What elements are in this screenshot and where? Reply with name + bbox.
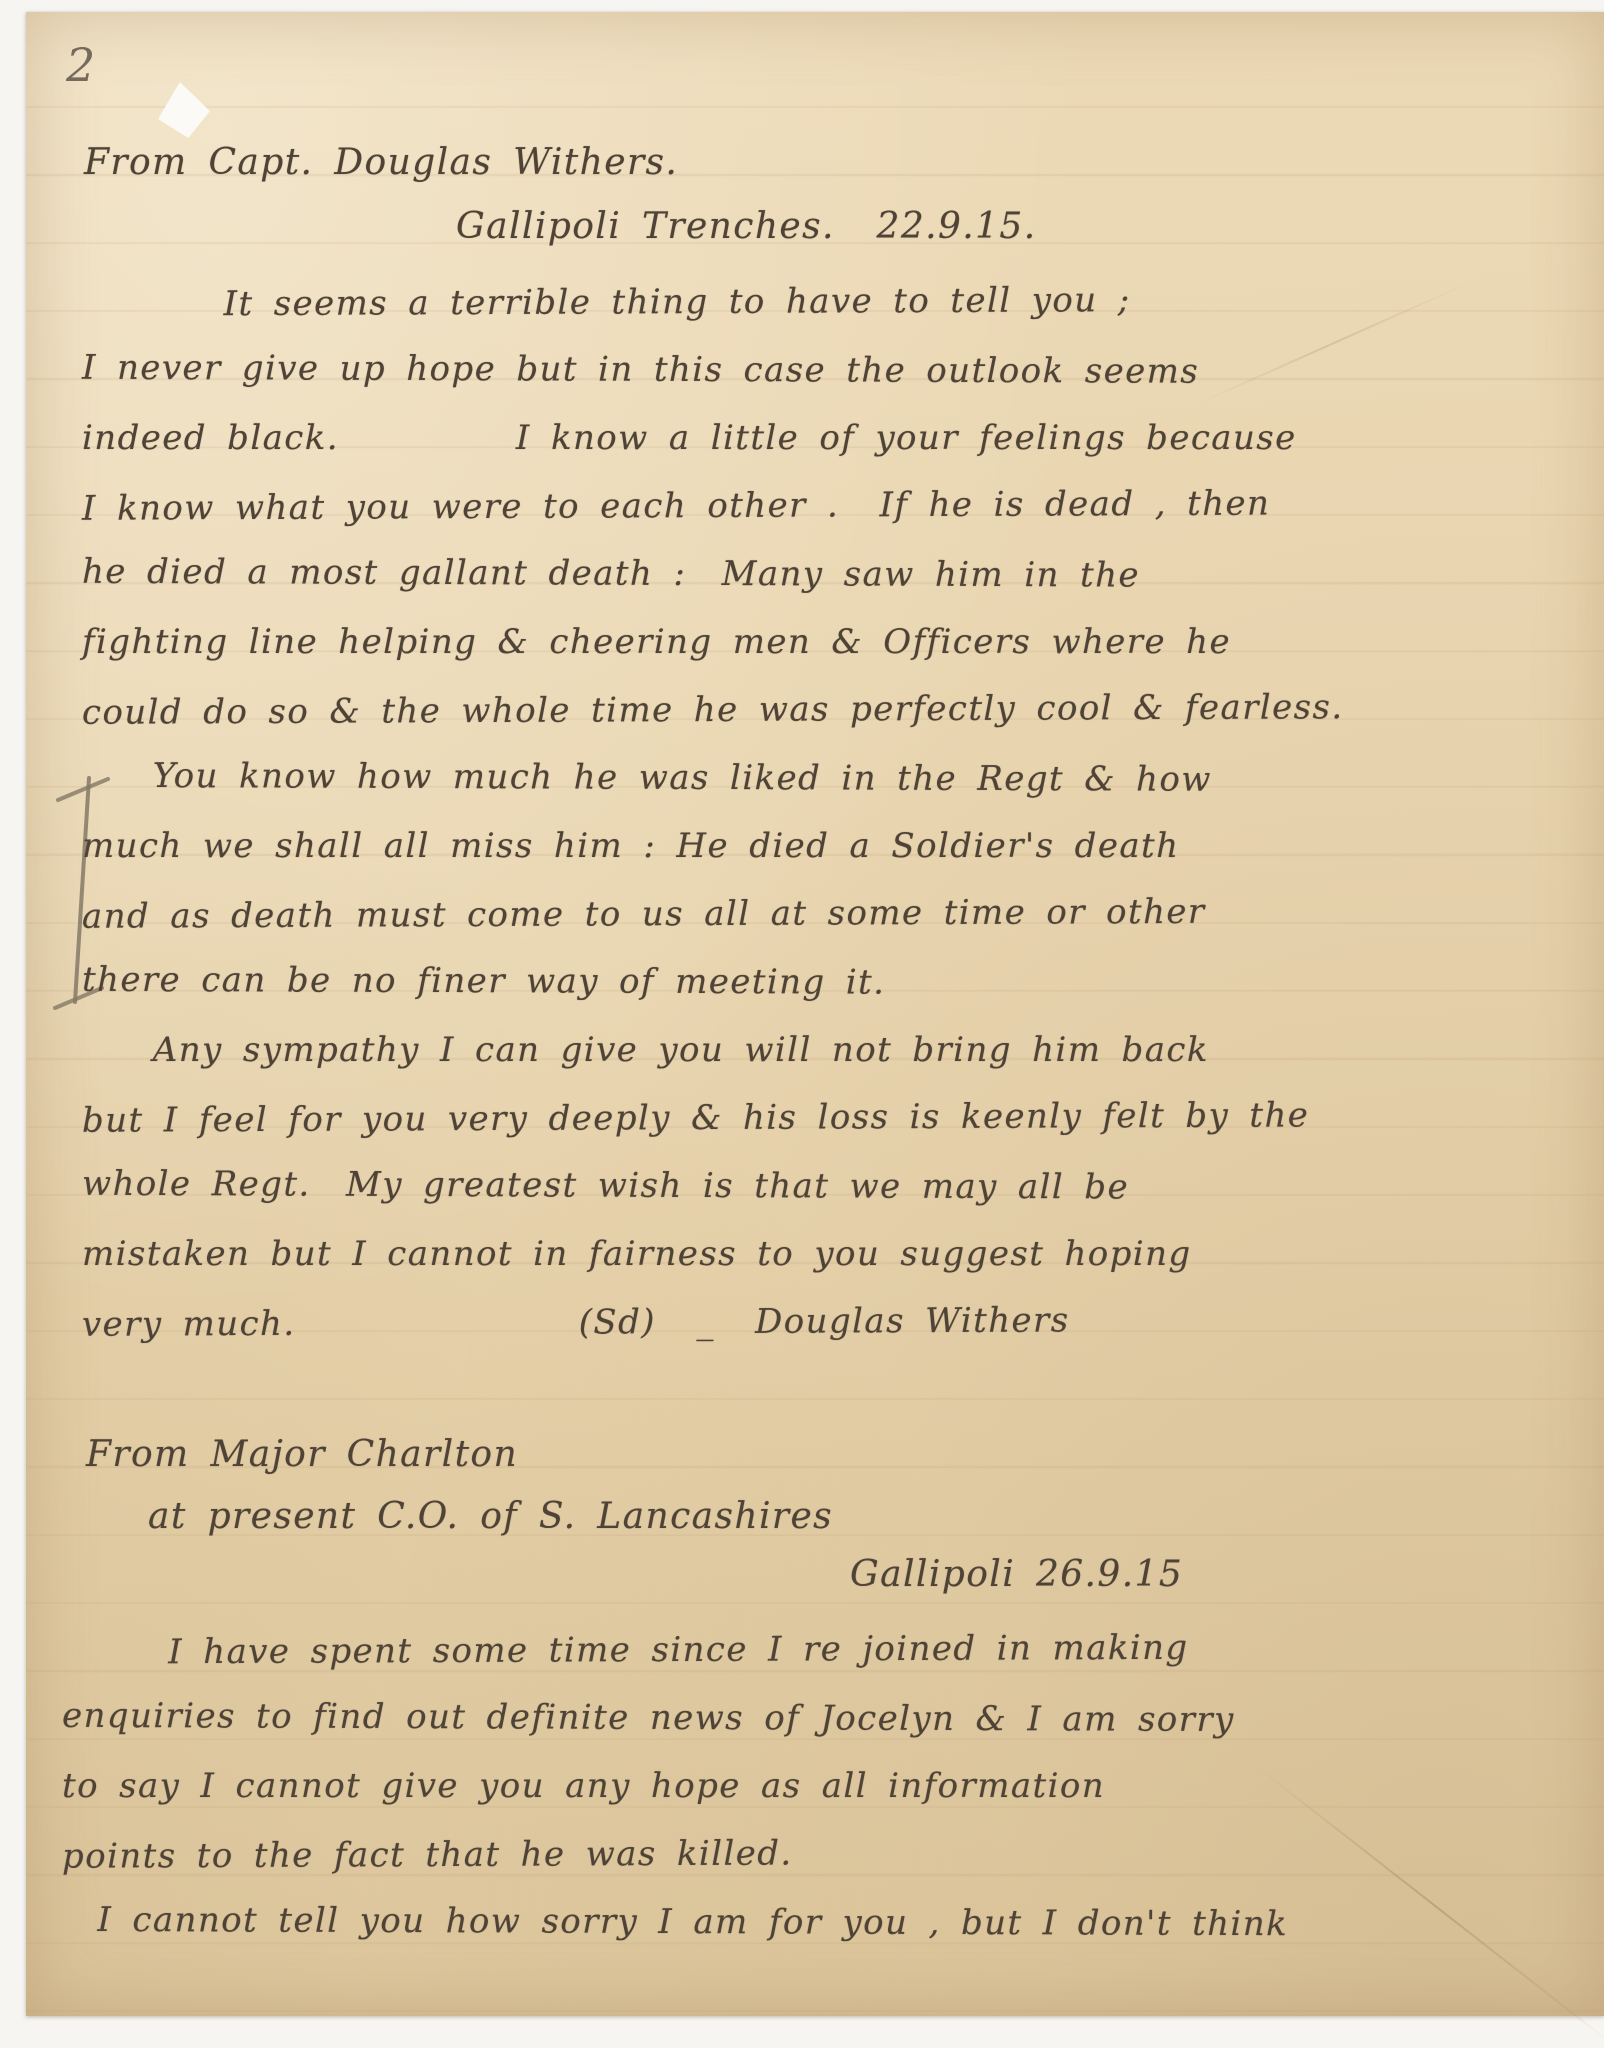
handwriting-line: Any sympathy I can give you will not bri… [82,1016,1344,1084]
handwriting-line: points to the fact that he was killed. [62,1817,1288,1890]
scan-background: { "document": { "page_number": "2", "col… [0,0,1604,2048]
letter2-place-date-line: Gallipoli 26.9.15 [850,1554,1183,1595]
handwriting-line: and as death must come to us all at some… [82,877,1344,951]
handwriting-line: much we shall all miss him : He died a S… [82,812,1344,880]
handwriting-line: I never give up hope but in this case th… [82,334,1344,406]
handwriting-line: he died a most gallant death : Many saw … [82,538,1344,610]
letter2-from-line: From Major Charlton [86,1434,518,1475]
handwriting-line: It seems a terrible thing to have to tel… [82,265,1344,339]
handwriting-line: there can be no finer way of meeting it. [82,946,1344,1018]
torn-hole [158,82,210,138]
handwriting-line: could do so & the whole time he was perf… [82,673,1344,747]
handwriting-line: fighting line helping & cheering men & O… [82,608,1344,676]
handwriting-line: enquiries to find out definite news of J… [62,1682,1288,1754]
handwriting-line: You know how much he was liked in the Re… [82,742,1344,814]
letter2-body: I have spent some time since I re joined… [62,1616,1288,1956]
handwriting-line: whole Regt. My greatest wish is that we … [82,1150,1344,1222]
handwriting-line: I have spent some time since I re joined… [62,1613,1288,1686]
handwriting-line: mistaken but I cannot in fairness to you… [82,1220,1344,1288]
handwriting-line: very much. (Sd) _ Douglas Withers [82,1285,1344,1359]
handwriting-line: but I feel for you very deeply & his los… [82,1081,1344,1155]
letter-page: 2 From Capt. Douglas Withers. Gallipoli … [26,12,1604,2016]
letter1-from-line: From Capt. Douglas Withers. [84,142,678,183]
page-number: 2 [66,38,95,92]
handwriting-line: indeed black. I know a little of your fe… [82,404,1344,472]
handwriting-line: I know what you were to each other . If … [82,469,1344,543]
paper-crease [1252,1763,1604,2048]
letter1-place-date-line: Gallipoli Trenches. 22.9.15. [456,206,1037,247]
handwriting-line: I cannot tell you how sorry I am for you… [62,1886,1288,1958]
letter2-unit-line: at present C.O. of S. Lancashires [148,1496,833,1537]
handwriting-line: to say I cannot give you any hope as all… [62,1752,1288,1820]
letter1-body: It seems a terrible thing to have to tel… [82,268,1344,1356]
